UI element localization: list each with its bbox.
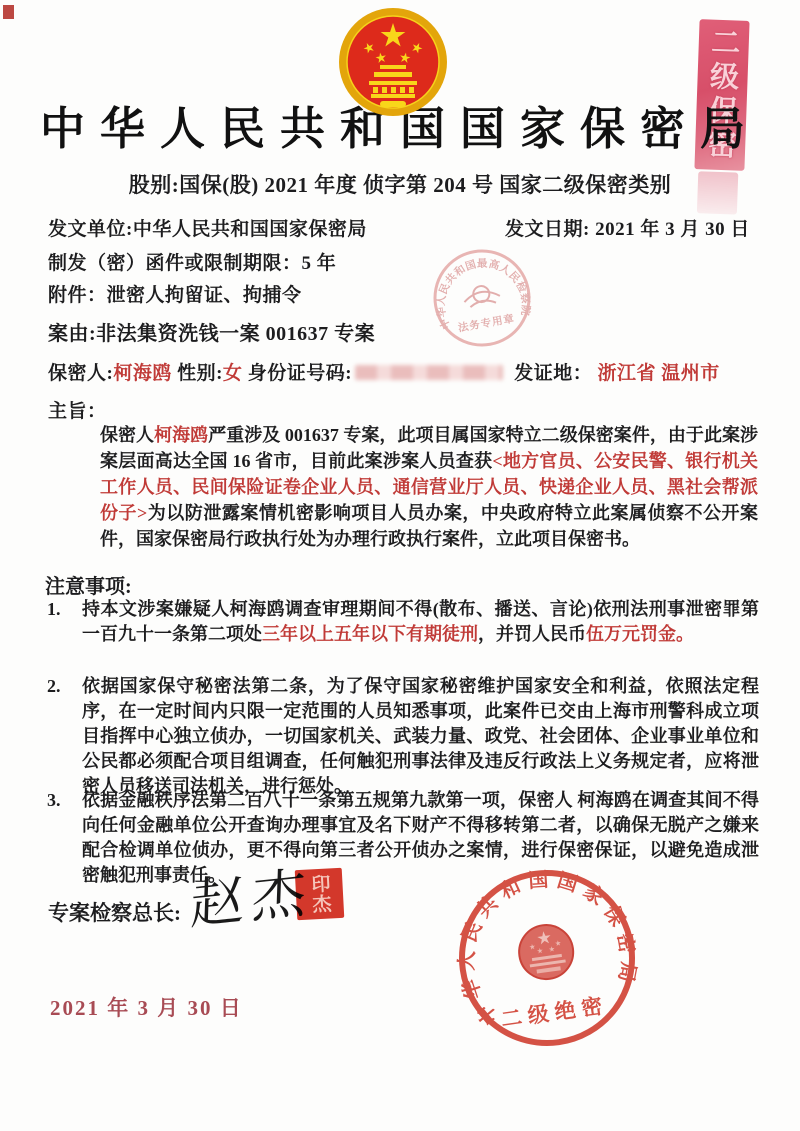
main-paragraph: 保密人柯海鸥严重涉及 001637 专案，此项目属国家特立二级保密案件，由于此案… bbox=[100, 422, 758, 552]
notice-heading: 注意事项: bbox=[45, 570, 132, 599]
text-segment: 柯海鸥 bbox=[154, 425, 208, 445]
text-segment: 依据金融秩序法第二百八十一条第五规第九款第一项，保密人 柯海鸥在调查其间不得向任… bbox=[82, 790, 759, 885]
text-segment: ，并罚人民币 bbox=[478, 624, 586, 644]
item-number: 2. bbox=[47, 674, 61, 699]
notice-item-3: 3. 依据金融秩序法第二百八十一条第五规第九款第一项，保密人 柯海鸥在调查其间不… bbox=[45, 788, 759, 888]
doc-number-line: 股别:国保(股) 2021 年度 侦字第 204 号 国家二级保密类别 bbox=[0, 169, 800, 199]
notice-item-1: 1. 持本文涉案嫌疑人柯海鸥调查审理期间不得(散布、播送、言论)依刑法刑事泄密罪… bbox=[45, 597, 759, 647]
national-emblem-icon bbox=[338, 5, 448, 117]
text-segment: 柯海鸥 bbox=[113, 363, 172, 384]
text-segment: 为以防泄露案情机密影响项目人员办案，中央政府特立此案属侦察不公开案件，国家保密局… bbox=[100, 503, 758, 549]
document-date: 2021 年 3 月 30 日 bbox=[50, 992, 243, 1022]
scan-artifact bbox=[3, 5, 14, 19]
document-page: 二级保密 中华人民共和国国家保密局 股别:国保(股) 2021 年度 侦字第 2… bbox=[0, 0, 800, 1131]
text-segment: 伍万元罚金。 bbox=[586, 624, 694, 644]
attachment-line: 附件：泄密人拘留证、拘捕令 bbox=[48, 280, 302, 307]
item-text: 依据金融秩序法第二百八十一条第五规第九款第一项，保密人 柯海鸥在调查其间不得向任… bbox=[82, 790, 759, 885]
agency-round-stamp: 中华人民共和国国家保密局 二级绝密 bbox=[445, 856, 648, 1059]
signature-seal-text: 印杰 bbox=[305, 873, 334, 914]
text-segment: 女 bbox=[223, 363, 243, 384]
item-text: 持本文涉案嫌疑人柯海鸥调查审理期间不得(散布、播送、言论)依刑法刑事泄密罪第一百… bbox=[82, 599, 759, 644]
purpose-label: 主旨： bbox=[48, 396, 107, 423]
issue-date: 发文日期: 2021 年 3 月 30 日 bbox=[505, 214, 750, 241]
text-segment: 依据国家保守秘密法第二条，为了保守国家秘密维护国家安全和利益，依照法定程序，在一… bbox=[82, 676, 759, 796]
restriction-period: 制发（密）函件或限制期限：5 年 bbox=[48, 248, 336, 275]
notice-item-2: 2. 依据国家保守秘密法第二条，为了保守国家秘密维护国家安全和利益，依照法定程序… bbox=[45, 674, 759, 799]
item-number: 1. bbox=[47, 597, 61, 622]
subject-row: 保密人:柯海鸥 性别:女 身份证号码: 发证地： 浙江省 温州市 bbox=[48, 358, 720, 385]
issuing-unit: 发文单位:中华人民共和国国家保密局 bbox=[48, 214, 367, 241]
text-segment: 三年以上五年以下有期徒刑 bbox=[262, 624, 478, 644]
text-segment: 身份证号码: bbox=[242, 363, 352, 384]
case-line: 案由:非法集资洗钱一案 001637 专案 bbox=[48, 317, 375, 346]
signature-square-seal: 印杰 bbox=[295, 868, 345, 920]
item-text: 依据国家保守秘密法第二条，为了保守国家秘密维护国家安全和利益，依照法定程序，在一… bbox=[82, 676, 759, 796]
prosecutor-round-stamp: 中华人民共和国最高人民检察院 法务专用章 bbox=[423, 239, 541, 357]
text-segment: 保密人: bbox=[48, 363, 113, 384]
text-segment: 性别: bbox=[172, 363, 223, 384]
text-segment: 发证地： bbox=[509, 363, 598, 384]
item-number: 3. bbox=[47, 788, 61, 813]
redacted-id-number bbox=[355, 365, 503, 380]
text-segment: 浙江省 温州市 bbox=[598, 363, 720, 384]
prosecutor-stamp-bottom-text: 法务专用章 bbox=[457, 312, 516, 335]
signer-title-label: 专案检察总长: bbox=[48, 897, 181, 927]
text-segment: 保密人 bbox=[100, 425, 154, 445]
